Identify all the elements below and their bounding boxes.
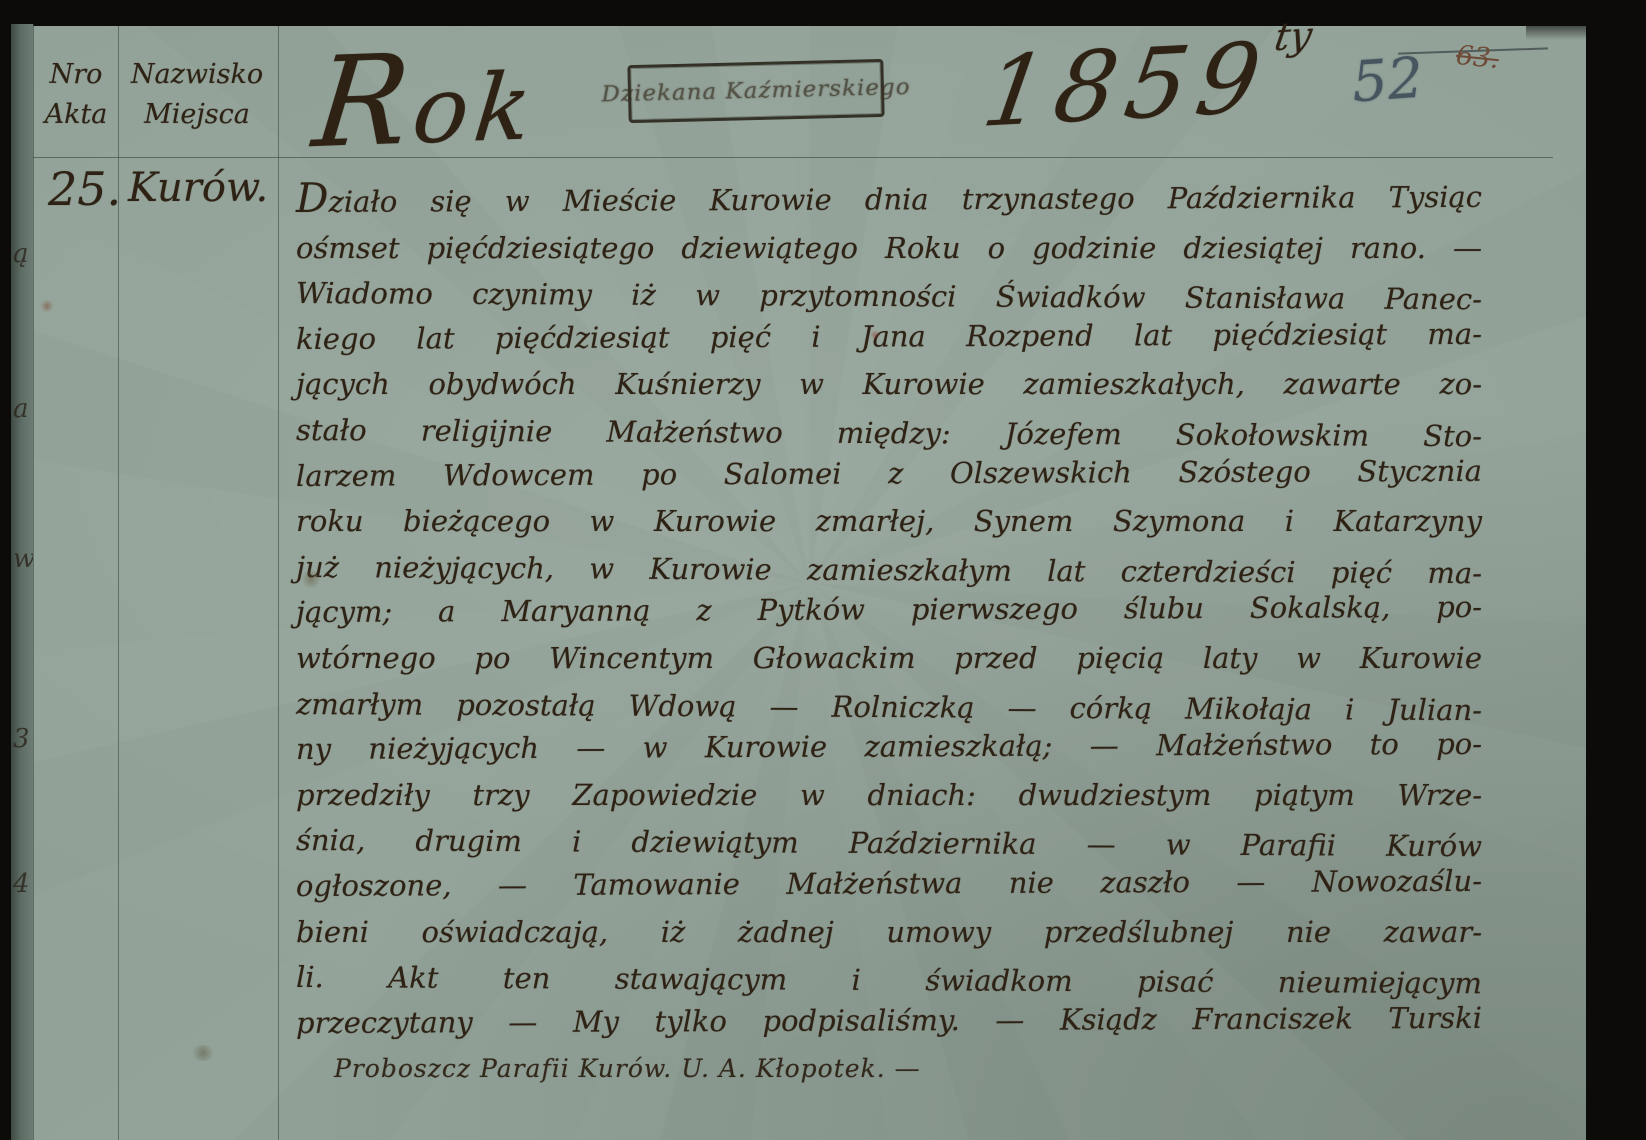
margin-text-fragment: 4 — [13, 869, 30, 899]
act-body-line: ośmset pięćdziesiątego dziewiątego Roku … — [296, 226, 1482, 272]
table-left-rule — [33, 26, 34, 1140]
act-body-line: jących obydwóch Kuśnierzy w Kurowie zami… — [296, 362, 1482, 408]
margin-text-fragment: w — [13, 544, 35, 574]
act-body-line: przedziły trzy Zapowiedzie w dniach: dwu… — [296, 773, 1482, 819]
parish-stamp: Dziekana Kaźmierskiego — [627, 59, 884, 123]
act-number: 25. — [48, 162, 121, 216]
year-digits: 1859 — [976, 21, 1278, 149]
year-ordinal-suffix: ty — [1272, 13, 1316, 59]
act-body-line: bieni oświadczają, iż żadnej umowy przed… — [296, 910, 1482, 956]
crossed-out-number: 63. — [1454, 40, 1500, 75]
act-body-line: larzem Wdowcem po Salomei z Olszewskich … — [296, 448, 1482, 499]
act-body-line: jącym; a Maryanną z Pytków pierwszego śl… — [296, 585, 1482, 636]
scanned-register-page: ą a w 3 4 Nro Akta Nazwisko Miejsca Rok … — [0, 0, 1646, 1140]
act-body-line-signature: przeczytany — My tylko podpisaliśmy. — K… — [296, 996, 1482, 1047]
act-body-line: ny nieżyjących — w Kurowie zamieszkałą; … — [296, 722, 1482, 773]
act-body-line: kiego lat pięćdziesiąt pięć i Jana Rozpe… — [296, 312, 1482, 363]
table-column-rule-place — [278, 26, 279, 1140]
year-number: 1859ty — [976, 13, 1315, 149]
column-header-act-number: Nro Akta — [36, 55, 116, 135]
previous-page-edge: ą a w 3 4 — [11, 24, 34, 1140]
act-body-text: Działo się w Mieście Kurowie dnia trzyna… — [296, 176, 1482, 1092]
act-body-line: Działo się w Mieście Kurowie dnia trzyna… — [296, 171, 1482, 226]
column-header-act-line2: Akta — [36, 95, 116, 135]
scan-left-border — [0, 0, 11, 1140]
act-body-line: wtórnego po Wincentym Głowackim przed pi… — [296, 636, 1482, 682]
act-body-line: ogłoszone, — Tamowanie Małżeństwa nie za… — [296, 859, 1482, 910]
margin-text-fragment: 3 — [13, 724, 30, 754]
table-header-rule — [33, 157, 1553, 158]
place-name: Kurów. — [128, 165, 268, 211]
pencil-page-number: 52 — [1350, 46, 1426, 116]
book-binding-edge — [1551, 0, 1646, 1140]
parish-stamp-text: Dziekana Kaźmierskiego — [601, 75, 911, 107]
column-header-place-line2: Miejsca — [122, 95, 272, 135]
margin-text-fragment: a — [13, 394, 29, 424]
act-body-line-priest-signature: Proboszcz Parafii Kurów. U. A. Kłopotek.… — [296, 1046, 1482, 1092]
year-word-rok: Rok — [307, 24, 545, 176]
act-body-line: roku bieżącego w Kurowie zmarłej, Synem … — [296, 499, 1482, 545]
column-header-act-line1: Nro — [36, 55, 116, 95]
scan-top-right-shadow — [1526, 0, 1646, 40]
margin-text-fragment: ą — [13, 239, 29, 269]
column-header-place: Nazwisko Miejsca — [122, 55, 272, 135]
column-header-place-line1: Nazwisko — [122, 55, 272, 95]
scan-top-border — [0, 0, 1646, 27]
